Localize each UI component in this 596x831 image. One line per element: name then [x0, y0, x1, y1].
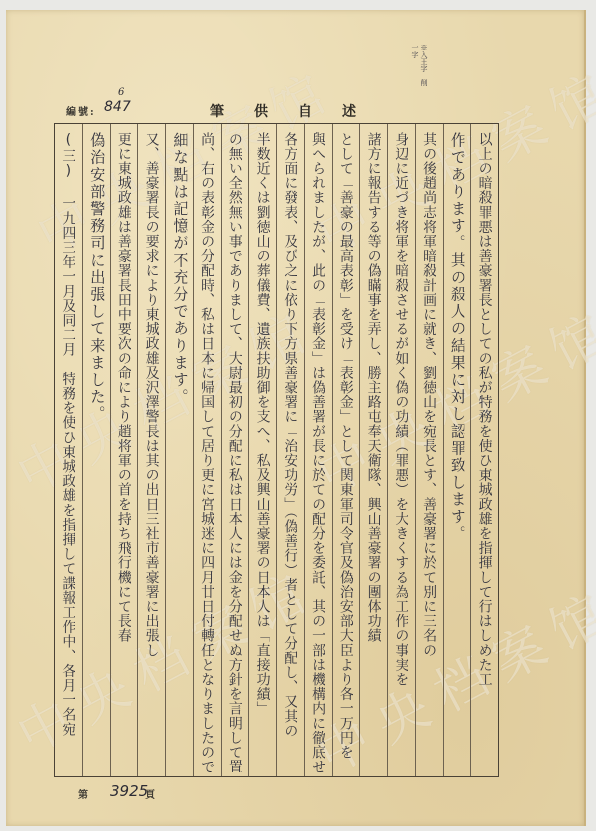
margin-annotation: ※入王字 削一字 [410, 44, 428, 86]
form-title: 筆供自述 [210, 101, 386, 121]
column-text: 其の後趙尚志将軍暗殺計画に就き、劉徳山を宛長とす、善豪署に於て別に三名の [422, 132, 436, 658]
column-text: 半数近くは劉徳山の葬儀費、遺族扶助御を支へ、私及興山善豪署の日本人は「直接功績」 [256, 132, 270, 716]
column-9: 半数近くは劉徳山の葬儀費、遺族扶助御を支へ、私及興山善豪署の日本人は「直接功績」 [248, 124, 276, 776]
page-footer: 第 3925 頁 [0, 782, 596, 802]
serial-number: 847 [104, 99, 131, 115]
column-text: (三) 一九四三年一月及同二月 特務を使ひ東城政雄を指揮して諜報工作中、各月一名… [61, 132, 75, 737]
column-8: 各方面に發表、及び之に依り下方県善豪署に「治安功労」（偽善行）者として分配し、又… [276, 124, 304, 776]
column-text: 各方面に發表、及び之に依り下方県善豪署に「治安功労」（偽善行）者として分配し、又… [283, 132, 297, 738]
column-text: として「善豪の最高表彰」を受け「表彰金」として関東軍司令官及偽治安部大臣より各一… [339, 132, 353, 760]
column-text: 作であります。其の殺人の結果に対し認罪致します。 [449, 132, 465, 542]
column-5: 諸方に報告する等の偽瞞事を弄し、勝主路屯奉天衛隊、興山善豪署の團体功績 [359, 124, 387, 776]
column-10: の無い全然無い事でありまして、大尉最初の分配に私は日本人には金を分配せぬ方針を言… [221, 124, 249, 776]
column-6: として「善豪の最高表彰」を受け「表彰金」として関東軍司令官及偽治安部大臣より各一… [332, 124, 360, 776]
column-text: 與へられましたが、此の「表彰金」は偽善署が長に於ての配分を委託、其の一部は機構内… [311, 132, 325, 772]
page-number: 3925 [110, 782, 148, 800]
column-text: 以上の暗殺罪悪は善豪署長としての私が特務を使ひ東城政雄を指揮して行はしめた工 [478, 132, 492, 687]
column-text: 尚、右の表彰金の分配時、私は日本に帰国して居り更に宮城迷に四月廿日付轉任となりま… [200, 132, 214, 772]
column-text: 又、善豪署長の要求により東城政雄及沢澤警長は其の出日三社市善豪署に出張し [145, 132, 159, 658]
column-text: 偽治安部警務司に出張して来ました。 [88, 132, 104, 423]
form-header: 編號: 6 847 筆供自述 [0, 101, 596, 121]
manuscript-grid: 以上の暗殺罪悪は善豪署長としての私が特務を使ひ東城政雄を指揮して行はしめた工 作… [54, 123, 499, 777]
column-15: 偽治安部警務司に出張して来ました。 [82, 124, 110, 776]
column-4: 身辺に近づき将軍を暗殺させるが如く偽の功績（罪悪）を大きくする為工作の事実を [387, 124, 415, 776]
column-11: 尚、右の表彰金の分配時、私は日本に帰国して居り更に宮城迷に四月廿日付轉任となりま… [193, 124, 221, 776]
column-12: 細な點は記憶が不充分であります。 [165, 124, 193, 776]
column-text: 身辺に近づき将軍を暗殺させるが如く偽の功績（罪悪）を大きくする為工作の事実を [394, 132, 408, 687]
column-text: 諸方に報告する等の偽瞞事を弄し、勝主路屯奉天衛隊、興山善豪署の團体功績 [367, 132, 381, 643]
column-7: 與へられましたが、此の「表彰金」は偽善署が長に於ての配分を委託、其の一部は機構内… [304, 124, 332, 776]
serial-label: 編號: [66, 103, 96, 118]
column-14: 更に東城政雄は善豪署長田中要次の命により趙将軍の首を持ち飛行機にて長春 [110, 124, 138, 776]
column-text: 細な點は記憶が不充分であります。 [172, 132, 188, 406]
column-13: 又、善豪署長の要求により東城政雄及沢澤警長は其の出日三社市善豪署に出張し [137, 124, 165, 776]
column-3: 其の後趙尚志将軍暗殺計画に就き、劉徳山を宛長とす、善豪署に於て別に三名の [415, 124, 443, 776]
column-16: (三) 一九四三年一月及同二月 特務を使ひ東城政雄を指揮して諜報工作中、各月一名… [55, 124, 82, 776]
page-label-suffix: 頁 [145, 786, 155, 801]
column-text: の無い全然無い事でありまして、大尉最初の分配に私は日本人には金を分配せぬ方針を言… [228, 132, 242, 772]
column-text: 更に東城政雄は善豪署長田中要次の命により趙将軍の首を持ち飛行機にて長春 [117, 132, 131, 643]
page-label-prefix: 第 [78, 786, 88, 801]
column-1: 以上の暗殺罪悪は善豪署長としての私が特務を使ひ東城政雄を指揮して行はしめた工 [470, 124, 498, 776]
serial-mark: 6 [118, 87, 124, 98]
column-2: 作であります。其の殺人の結果に対し認罪致します。 [443, 124, 471, 776]
